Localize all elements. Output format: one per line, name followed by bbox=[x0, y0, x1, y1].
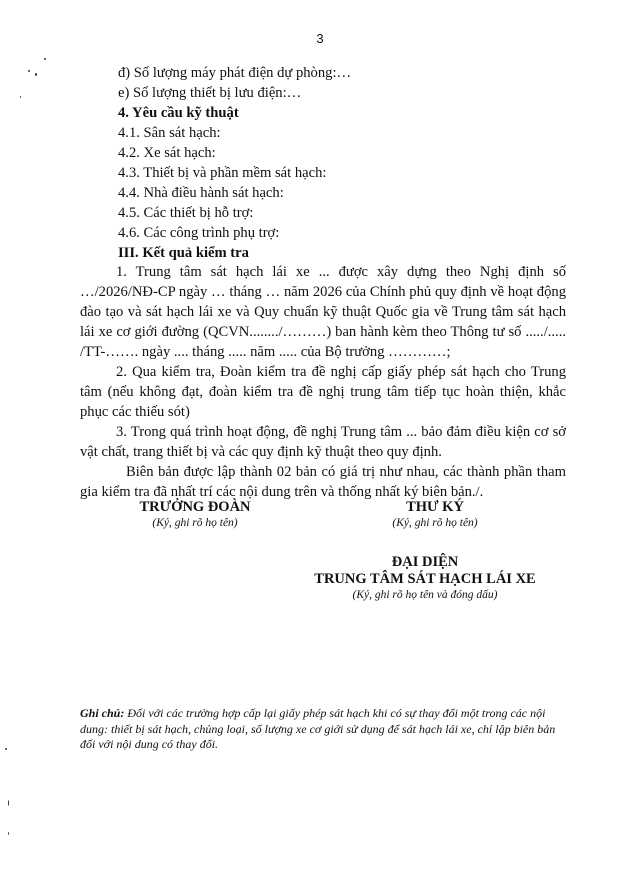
scan-speck bbox=[35, 73, 37, 76]
leader-note: (Ký, ghi rõ họ tên) bbox=[110, 516, 280, 531]
result-paragraph-4-text: Biên bản được lập thành 02 bản có giá tr… bbox=[80, 464, 566, 500]
result-paragraph-4: Biên bản được lập thành 02 bản có giá tr… bbox=[80, 462, 566, 502]
scan-speck bbox=[8, 832, 9, 835]
page-number: 3 bbox=[0, 31, 640, 46]
center-title-2: TRUNG TÂM SÁT HẠCH LÁI XE bbox=[290, 571, 560, 588]
scan-speck bbox=[44, 58, 46, 60]
item-4-3: 4.3. Thiết bị và phần mềm sát hạch: bbox=[118, 164, 326, 183]
leader-title: TRƯỞNG ĐOÀN bbox=[110, 499, 280, 516]
footnote-text: Đối với các trường hợp cấp lại giấy phép… bbox=[80, 706, 555, 751]
scan-speck bbox=[28, 70, 30, 72]
center-title-1: ĐẠI DIỆN bbox=[290, 554, 560, 571]
scan-speck bbox=[8, 800, 9, 806]
item-d: đ) Số lượng máy phát điện dự phòng:… bbox=[118, 64, 351, 83]
item-4-2: 4.2. Xe sát hạch: bbox=[118, 144, 216, 163]
heading-inspection-results: III. Kết quả kiểm tra bbox=[118, 244, 249, 263]
footnote-label: Ghi chú: bbox=[80, 706, 124, 720]
result-paragraph-2-text: 2. Qua kiểm tra, Đoàn kiểm tra đề nghị c… bbox=[80, 364, 566, 420]
item-4-4: 4.4. Nhà điều hành sát hạch: bbox=[118, 184, 284, 203]
result-paragraph-2: 2. Qua kiểm tra, Đoàn kiểm tra đề nghị c… bbox=[80, 362, 566, 422]
signature-leader: TRƯỞNG ĐOÀN (Ký, ghi rõ họ tên) bbox=[110, 499, 280, 531]
signature-center: ĐẠI DIỆN TRUNG TÂM SÁT HẠCH LÁI XE (Ký, … bbox=[290, 554, 560, 603]
footnote: Ghi chú: Đối với các trường hợp cấp lại … bbox=[80, 706, 570, 753]
item-4-6: 4.6. Các công trình phụ trợ: bbox=[118, 224, 279, 243]
result-paragraph-3-text: 3. Trong quá trình hoạt động, đề nghị Tr… bbox=[80, 424, 566, 460]
result-paragraph-1-text: 1. Trung tâm sát hạch lái xe ... được xâ… bbox=[80, 264, 566, 360]
center-note: (Ký, ghi rõ họ tên và đóng dấu) bbox=[290, 588, 560, 603]
scan-speck bbox=[5, 748, 7, 750]
item-4-1: 4.1. Sân sát hạch: bbox=[118, 124, 221, 143]
item-e: e) Số lượng thiết bị lưu điện:… bbox=[118, 84, 301, 103]
scan-speck bbox=[20, 96, 21, 98]
result-paragraph-3: 3. Trong quá trình hoạt động, đề nghị Tr… bbox=[80, 422, 566, 462]
secretary-note: (Ký, ghi rõ họ tên) bbox=[350, 516, 520, 531]
document-page: 3 đ) Số lượng máy phát điện dự phòng:… e… bbox=[0, 0, 640, 896]
heading-technical-requirements: 4. Yêu cầu kỹ thuật bbox=[118, 104, 239, 123]
result-paragraph-1: 1. Trung tâm sát hạch lái xe ... được xâ… bbox=[80, 262, 566, 362]
secretary-title: THƯ KÝ bbox=[350, 499, 520, 516]
item-4-5: 4.5. Các thiết bị hỗ trợ: bbox=[118, 204, 253, 223]
signature-secretary: THƯ KÝ (Ký, ghi rõ họ tên) bbox=[350, 499, 520, 531]
